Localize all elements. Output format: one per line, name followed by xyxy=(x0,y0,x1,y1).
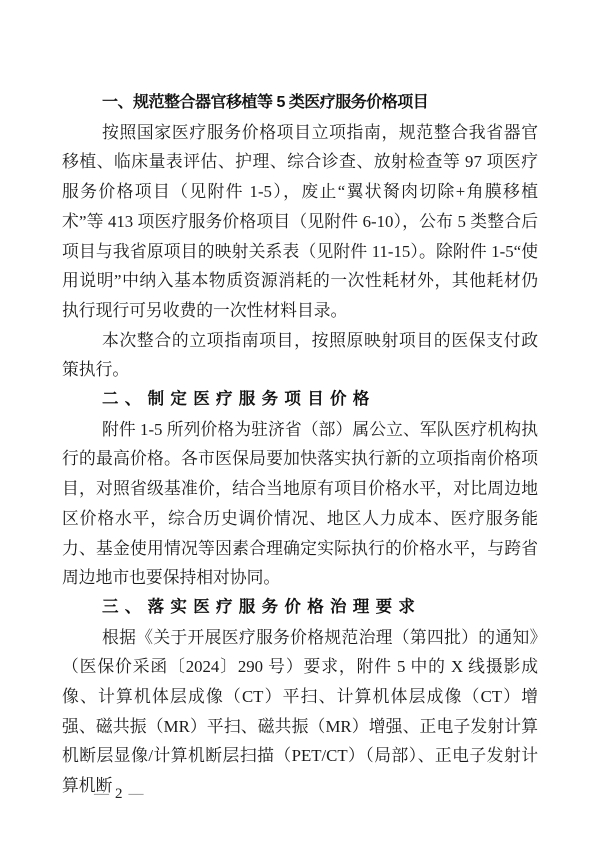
page-number: —2— xyxy=(94,786,145,803)
page-number-dash-right: — xyxy=(129,786,145,802)
paragraph: 本次整合的立项指南项目，按照原映射项目的医保支付政策执行。 xyxy=(62,326,538,385)
section-heading-3: 三、落实医疗服务价格治理要求 xyxy=(62,593,538,623)
document-body: 一、规范整合器官移植等 5 类医疗服务价格项目 按照国家医疗服务价格项目立项指南… xyxy=(62,88,538,801)
section-heading-2: 二、制定医疗服务项目价格 xyxy=(62,385,538,415)
paragraph: 附件 1-5 所列价格为驻济省（部）属公立、军队医疗机构执行的最高价格。各市医保… xyxy=(62,415,538,593)
page-number-dash-left: — xyxy=(94,786,110,802)
paragraph: 按照国家医疗服务价格项目立项指南，规范整合我省器官移植、临床量表评估、护理、综合… xyxy=(62,118,538,326)
section-heading-1: 一、规范整合器官移植等 5 类医疗服务价格项目 xyxy=(62,88,538,118)
paragraph: 根据《关于开展医疗服务价格规范治理（第四批）的通知》（医保价采函〔2024〕29… xyxy=(62,623,538,801)
document-page: 一、规范整合器官移植等 5 类医疗服务价格项目 按照国家医疗服务价格项目立项指南… xyxy=(0,0,600,848)
page-number-value: 2 xyxy=(115,786,124,802)
